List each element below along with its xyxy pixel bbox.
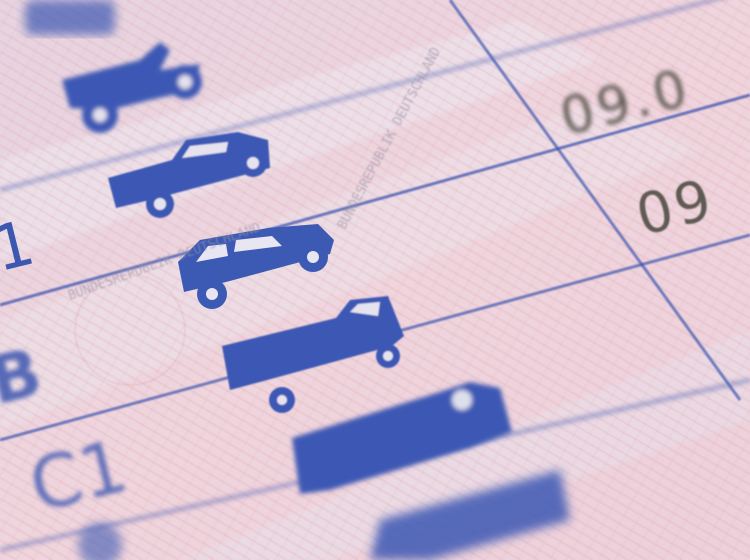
bus-icon <box>25 0 115 35</box>
driving-licence-photo: 1 B C1 BUNDESREPUBLIK DEUTSCHLAND BUNDES… <box>0 0 750 560</box>
licence-illustration: 1 B C1 BUNDESREPUBLIK DEUTSCHLAND BUNDES… <box>0 0 750 560</box>
